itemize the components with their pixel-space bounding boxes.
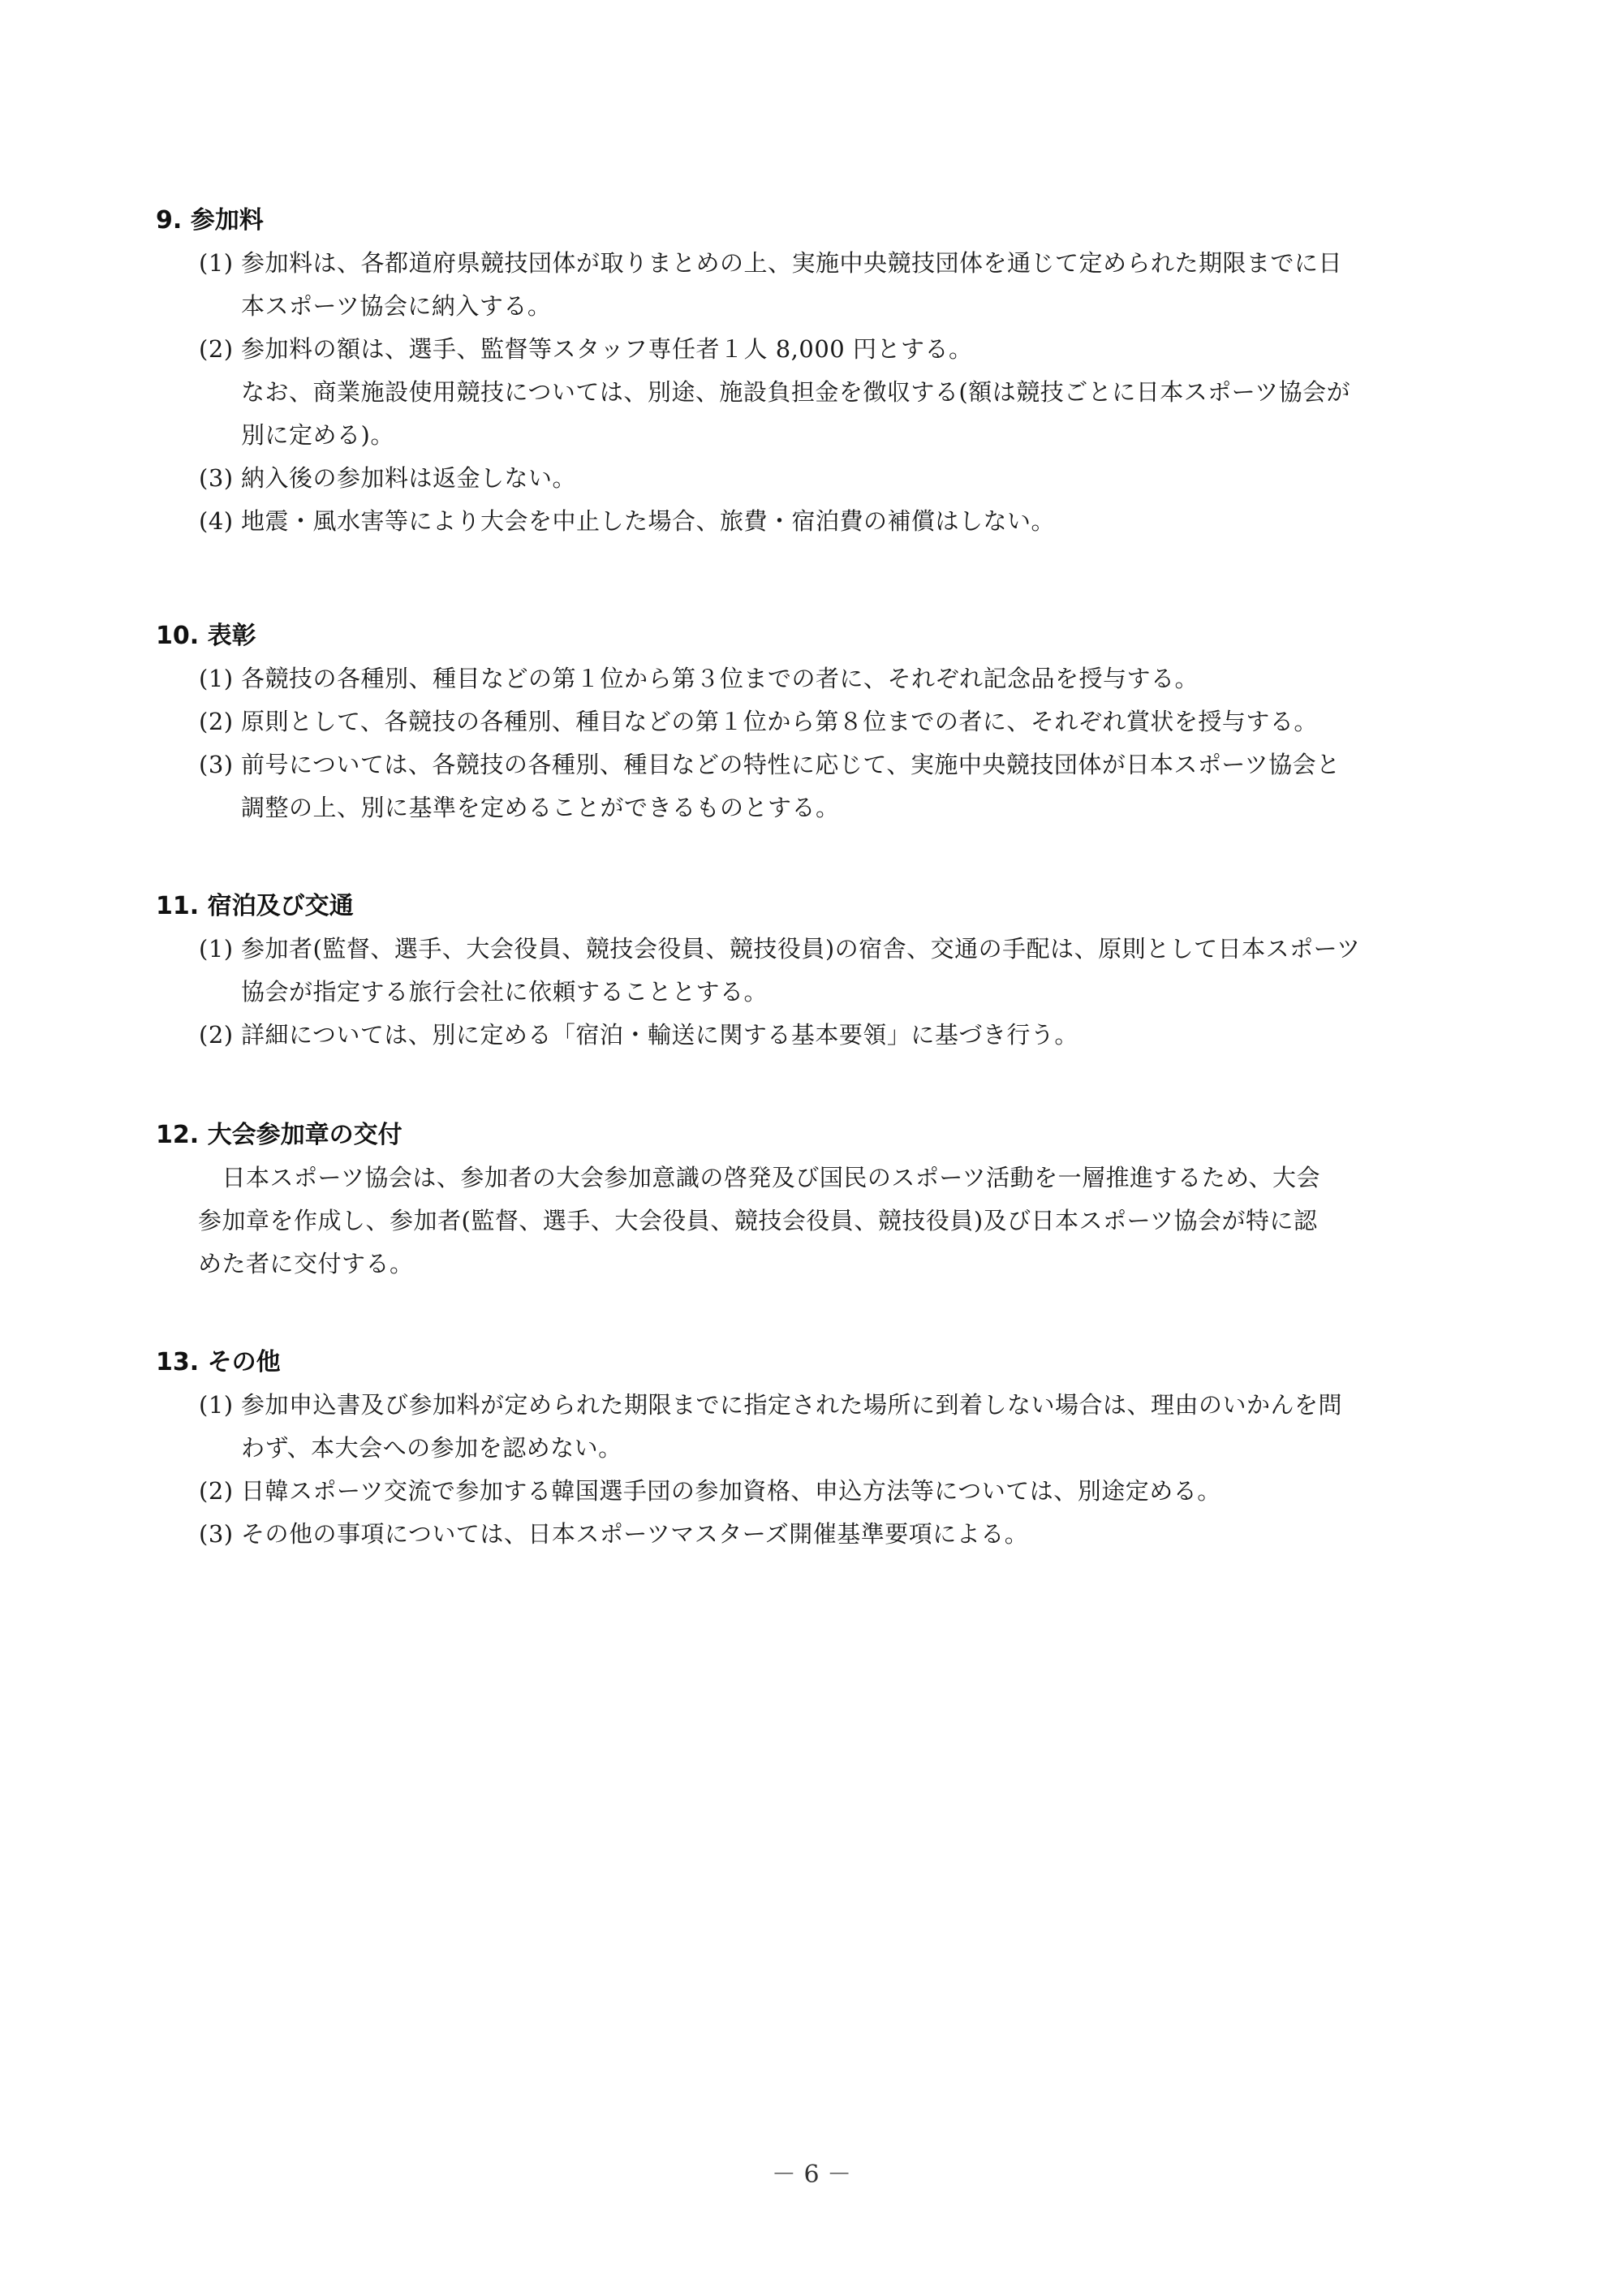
item-text: 詳細については、別に定める「宿泊・輸送に関する基本要領」に基づき行う。 (241, 1014, 1487, 1057)
list-item: (2) 詳細については、別に定める「宿泊・輸送に関する基本要領」に基づき行う。 (156, 1014, 1487, 1057)
item-number: (1) (199, 928, 241, 971)
paragraph: 日本スポーツ協会は、参加者の大会参加意識の啓発及び国民のスポーツ活動を一層推進す… (156, 1157, 1487, 1286)
item-number: (4) (199, 500, 241, 543)
list-item: (2) 日韓スポーツ交流で参加する韓国選手団の参加資格、申込方法等については、別… (156, 1470, 1487, 1513)
item-text: 納入後の参加料は返金しない。 (241, 457, 1487, 500)
list-item: (1) 各競技の各種別、種目などの第１位から第３位までの者に、それぞれ記念品を授… (156, 657, 1487, 700)
section-10-awards: 10. 表彰 (1) 各競技の各種別、種目などの第１位から第３位までの者に、それ… (156, 614, 1487, 829)
item-number: (1) (199, 657, 241, 700)
section-heading: 9. 参加料 (156, 199, 1487, 242)
section-13-other: 13. その他 (1) 参加申込書及び参加料が定められた期限までに指定された場所… (156, 1341, 1487, 1556)
list-item: (3) 納入後の参加料は返金しない。 (156, 457, 1487, 500)
item-text: 参加料は、各都道府県競技団体が取りまとめの上、実施中央競技団体を通じて定められた… (241, 242, 1487, 285)
section-9-participation-fee: 9. 参加料 (1) 参加料は、各都道府県競技団体が取りまとめの上、実施中央競技… (156, 199, 1487, 543)
section-11-accommodation-transport: 11. 宿泊及び交通 (1) 参加者(監督、選手、大会役員、競技会役員、競技役員… (156, 885, 1487, 1057)
list-item: (2) 原則として、各競技の各種別、種目などの第１位から第８位までの者に、それぞ… (156, 700, 1487, 743)
item-number: (3) (199, 743, 241, 786)
paragraph-text: 日本スポーツ協会は、参加者の大会参加意識の啓発及び国民のスポーツ活動を一層推進す… (198, 1157, 1487, 1200)
item-text: 協会が指定する旅行会社に依頼することとする。 (241, 971, 1487, 1014)
item-text: 原則として、各競技の各種別、種目などの第１位から第８位までの者に、それぞれ賞状を… (241, 700, 1487, 743)
item-text: 別に定める)。 (241, 414, 1487, 457)
document-page: 9. 参加料 (1) 参加料は、各都道府県競技団体が取りまとめの上、実施中央競技… (0, 0, 1623, 2296)
item-text: 日韓スポーツ交流で参加する韓国選手団の参加資格、申込方法等については、別途定める… (241, 1470, 1487, 1513)
item-number: (1) (199, 1384, 241, 1427)
item-text: 各競技の各種別、種目などの第１位から第３位までの者に、それぞれ記念品を授与する。 (241, 657, 1487, 700)
item-number: (2) (199, 700, 241, 743)
item-text: 前号については、各競技の各種別、種目などの特性に応じて、実施中央競技団体が日本ス… (241, 743, 1487, 786)
item-number: (1) (199, 242, 241, 285)
item-text: わず、本大会への参加を認めない。 (241, 1427, 1487, 1470)
list-item: (1) 参加者(監督、選手、大会役員、競技会役員、競技役員)の宿舎、交通の手配は… (156, 928, 1487, 1014)
item-text: 参加申込書及び参加料が定められた期限までに指定された場所に到着しない場合は、理由… (241, 1384, 1487, 1427)
section-heading: 13. その他 (156, 1341, 1487, 1384)
section-heading: 11. 宿泊及び交通 (156, 885, 1487, 928)
item-text: 参加者(監督、選手、大会役員、競技会役員、競技役員)の宿舎、交通の手配は、原則と… (241, 928, 1487, 971)
list-item: (1) 参加申込書及び参加料が定められた期限までに指定された場所に到着しない場合… (156, 1384, 1487, 1470)
section-heading: 10. 表彰 (156, 614, 1487, 657)
paragraph-text: 参加章を作成し、参加者(監督、選手、大会役員、競技会役員、競技役員)及び日本スポ… (198, 1200, 1487, 1243)
item-text: 本スポーツ協会に納入する。 (241, 285, 1487, 328)
item-number: (2) (199, 1014, 241, 1057)
section-12-participation-badge: 12. 大会参加章の交付 日本スポーツ協会は、参加者の大会参加意識の啓発及び国民… (156, 1114, 1487, 1286)
item-text: 調整の上、別に基準を定めることができるものとする。 (241, 786, 1487, 829)
list-item: (2) 参加料の額は、選手、監督等スタッフ専任者１人 8,000 円とする。 な… (156, 328, 1487, 457)
item-text: 地震・風水害等により大会を中止した場合、旅費・宿泊費の補償はしない。 (241, 500, 1487, 543)
paragraph-text: めた者に交付する。 (198, 1243, 1487, 1286)
list-item: (3) その他の事項については、日本スポーツマスターズ開催基準要項による。 (156, 1513, 1487, 1556)
item-text: なお、商業施設使用競技については、別途、施設負担金を徴収する(額は競技ごとに日本… (241, 371, 1487, 414)
item-number: (2) (199, 1470, 241, 1513)
item-number: (2) (199, 328, 241, 371)
list-item: (4) 地震・風水害等により大会を中止した場合、旅費・宿泊費の補償はしない。 (156, 500, 1487, 543)
list-item: (3) 前号については、各競技の各種別、種目などの特性に応じて、実施中央競技団体… (156, 743, 1487, 829)
page-number: － 6 － (0, 2159, 1623, 2191)
item-number: (3) (199, 457, 241, 500)
item-text: その他の事項については、日本スポーツマスターズ開催基準要項による。 (241, 1513, 1487, 1556)
list-item: (1) 参加料は、各都道府県競技団体が取りまとめの上、実施中央競技団体を通じて定… (156, 242, 1487, 328)
section-heading: 12. 大会参加章の交付 (156, 1114, 1487, 1157)
item-text: 参加料の額は、選手、監督等スタッフ専任者１人 8,000 円とする。 (241, 328, 1487, 371)
item-number: (3) (199, 1513, 241, 1556)
